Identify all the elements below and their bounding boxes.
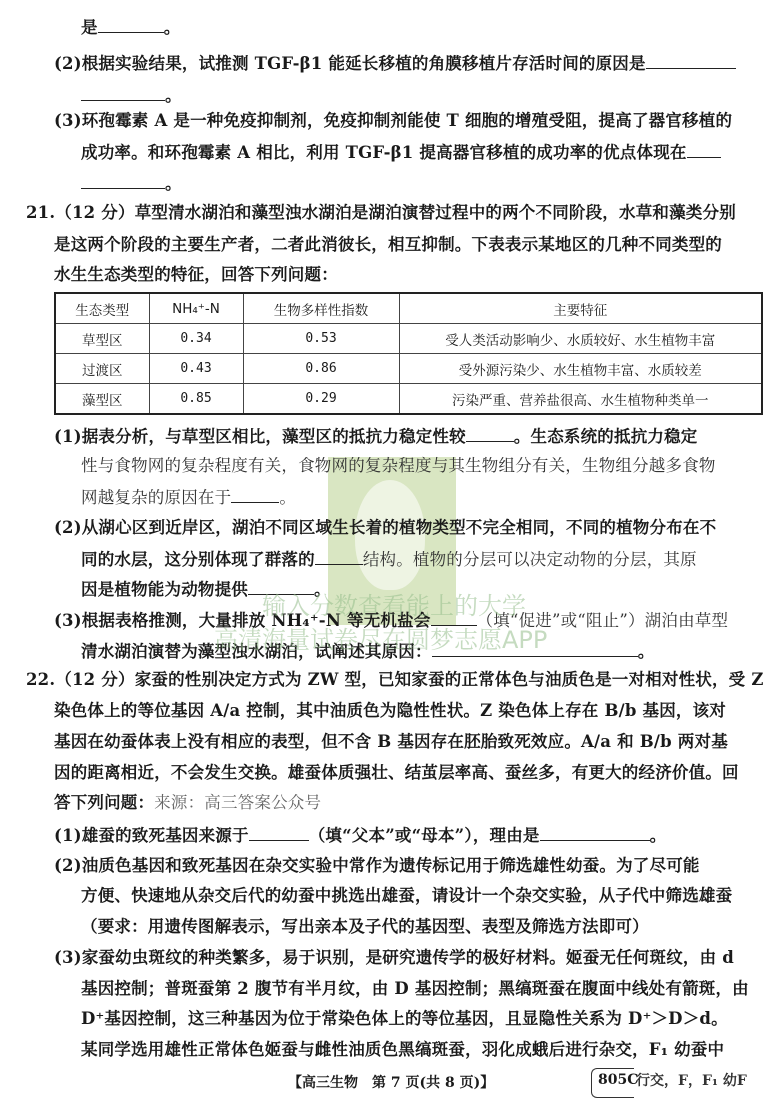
answer-blank[interactable] xyxy=(98,16,164,33)
text: 同的水层，这分别体现了群落的 xyxy=(81,550,315,569)
table-row: 藻型区 0.85 0.29 污染严重、营养盐很高、水生植物种类单一 xyxy=(55,384,762,415)
text: 。 xyxy=(165,86,182,105)
table-cell: 0.43 xyxy=(149,354,243,384)
answer-blank[interactable] xyxy=(646,52,736,69)
q22-intro-5: 答下列问题：来源：高三答案公众号 xyxy=(54,793,321,813)
q22-3c: D⁺基因控制，这三种基因为位于常染色体上的等位基因，且显隐性关系为 D⁺＞D＞d… xyxy=(81,1009,728,1029)
footer-bleed-text: 行交，F，F₁ 幼F xyxy=(636,1070,747,1090)
table-cell: 0.29 xyxy=(243,384,399,415)
answer-blank[interactable] xyxy=(249,824,309,841)
table-cell: 0.85 xyxy=(149,384,243,415)
q22-2c: （要求：用遗传图解表示，写出亲本及子代的基因型、表型及筛选方法即可） xyxy=(81,917,649,937)
text: 。 xyxy=(650,826,667,845)
text: (1)雄蚕的致死基因来源于 xyxy=(54,826,249,845)
exam-page: 是。 (2)根据实验结果，试推测 TGF-β1 能延长移植的角膜移植片存活时间的… xyxy=(0,0,781,1110)
answer-blank[interactable] xyxy=(540,824,650,841)
answer-blank[interactable] xyxy=(231,486,279,503)
q22-2a: (2)油质色基因和致死基因在杂交实验中常作为遗传标记用于筛选雄性幼蚕。为了尽可能 xyxy=(54,856,700,876)
table-cell: 过渡区 xyxy=(55,354,149,384)
q20-2-cont: 。 xyxy=(81,84,182,106)
q22-3b: 基因控制；普斑蚕第 2 腹节有半月纹，由 D 基因控制；黑缟斑蚕在腹面中线处有箭… xyxy=(81,979,749,999)
text: 。 xyxy=(164,18,181,37)
q20-2: (2)根据实验结果，试推测 TGF-β1 能延长移植的角膜移植片存活时间的原因是 xyxy=(54,52,736,74)
text: (2)根据实验结果，试推测 TGF-β1 能延长移植的角膜移植片存活时间的原因是 xyxy=(54,54,646,73)
q21-2a: (2)从湖心区到近岸区，湖泊不同区域生长着的植物类型不完全相同，不同的植物分布在… xyxy=(54,518,716,538)
answer-blank[interactable] xyxy=(315,548,363,565)
text: 答下列问题： xyxy=(54,793,154,812)
q22-intro-4: 因的距离相近，不会发生交换。雄蚕体质强壮、结茧层率高、蚕丝多，有更大的经济价值。… xyxy=(54,763,739,783)
q20-3c: 。 xyxy=(81,172,182,194)
table-header: 主要特征 xyxy=(399,293,762,324)
text: 。 xyxy=(165,174,182,193)
q22-intro-3: 基因在幼蚕体表上没有相应的表型，但不含 B 基因存在胚胎致死效应。A/a 和 B… xyxy=(54,732,728,752)
table-header: 生态类型 xyxy=(55,293,149,324)
q20-3b: 成功率。和环孢霉素 A 相比，利用 TGF-β1 提高器官移植的成功率的优点体现… xyxy=(81,141,721,163)
answer-blank[interactable] xyxy=(81,84,165,101)
q21-intro-1: 21.（12 分）草型清水湖泊和藻型浊水湖泊是湖泊演替过程中的两个不同阶段，水草… xyxy=(26,203,736,223)
text: (1)据表分析，与草型区相比，藻型区的抵抗力稳定性较 xyxy=(54,427,466,446)
table-cell: 污染严重、营养盐很高、水生植物种类单一 xyxy=(399,384,762,415)
q21-2b: 同的水层，这分别体现了群落的结构。植物的分层可以决定动物的分层，其原 xyxy=(81,548,697,570)
table-header-row: 生态类型 NH₄⁺-N 生物多样性指数 主要特征 xyxy=(55,293,762,324)
q21-intro-2: 是这两个阶段的主要生产者，二者此消彼长，相互抑制。下表表示某地区的几种不同类型的 xyxy=(54,235,722,255)
watermark-text-2: 高清海量试卷尽在圆梦志愿APP xyxy=(214,620,547,655)
text: 成功率。和环孢霉素 A 相比，利用 TGF-β1 提高器官移植的成功率的优点体现… xyxy=(81,143,687,162)
source-note: 来源：高三答案公众号 xyxy=(154,793,321,812)
table-cell: 受外源污染少、水生植物丰富、水质较差 xyxy=(399,354,762,384)
table-cell: 0.53 xyxy=(243,324,399,354)
q22-1: (1)雄蚕的致死基因来源于（填“父本”或“母本”），理由是。 xyxy=(54,824,666,846)
q22-intro-2: 染色体上的等位基因 A/a 控制，其中油质色为隐性性状。Z 染色体上存在 B/b… xyxy=(54,701,726,721)
table-cell: 草型区 xyxy=(55,324,149,354)
text: 因是植物能为动物提供 xyxy=(81,580,248,599)
q22-2b: 方便、快速地从杂交后代的幼蚕中挑选出雄蚕，请设计一个杂交实验，从子代中筛选雄蚕 xyxy=(81,886,732,906)
text: 。 xyxy=(279,488,296,507)
text: 。 xyxy=(638,642,655,661)
exam-code: 805C xyxy=(598,1072,638,1088)
q21-1a: (1)据表分析，与草型区相比，藻型区的抵抗力稳定性较。生态系统的抵抗力稳定 xyxy=(54,425,698,447)
table-cell: 受人类活动影响少、水质较好、水生植物丰富 xyxy=(399,324,762,354)
q21-intro-3: 水生生态类型的特征，回答下列问题： xyxy=(54,265,338,285)
q20-1-tail: 是。 xyxy=(81,16,180,38)
q22-3d: 某同学选用雄性正常体色姬蚕与雌性油质色黑缟斑蚕，羽化成蛾后进行杂交，F₁ 幼蚕中 xyxy=(81,1040,724,1060)
q22-intro-1: 22.（12 分）家蚕的性别决定方式为 ZW 型，已知家蚕的正常体色与油质色是一… xyxy=(26,670,764,690)
table-cell: 0.34 xyxy=(149,324,243,354)
ecology-table: 生态类型 NH₄⁺-N 生物多样性指数 主要特征 草型区 0.34 0.53 受… xyxy=(54,292,763,415)
text: 网越复杂的原因在于 xyxy=(81,488,231,507)
answer-blank[interactable] xyxy=(687,141,721,158)
text: 。生态系统的抵抗力稳定 xyxy=(514,427,698,446)
table-header: NH₄⁺-N xyxy=(149,293,243,324)
q21-1b: 性与食物网的复杂程度有关，食物网的复杂程度与其生物组分有关，生物组分越多食物 xyxy=(81,456,716,476)
text: （填“父本”或“母本”），理由是 xyxy=(309,826,540,845)
text: 结构。植物的分层可以决定动物的分层，其原 xyxy=(363,550,697,569)
table-header: 生物多样性指数 xyxy=(243,293,399,324)
q22-3a: (3)家蚕幼虫斑纹的种类繁多，易于识别，是研究遗传学的极好材料。姬蚕无任何斑纹，… xyxy=(54,948,734,968)
q21-1c: 网越复杂的原因在于。 xyxy=(81,486,296,508)
text: 是 xyxy=(81,18,98,37)
table-row: 草型区 0.34 0.53 受人类活动影响少、水质较好、水生植物丰富 xyxy=(55,324,762,354)
table-row: 过渡区 0.43 0.86 受外源污染少、水生植物丰富、水质较差 xyxy=(55,354,762,384)
watermark-text-1: 输入分数查看能上的大学 xyxy=(262,586,526,621)
table-cell: 藻型区 xyxy=(55,384,149,415)
q20-3a: (3)环孢霉素 A 是一种免疫抑制剂，免疫抑制剂能使 T 细胞的增殖受阻，提高了… xyxy=(54,111,732,131)
table-cell: 0.86 xyxy=(243,354,399,384)
answer-blank[interactable] xyxy=(466,425,514,442)
answer-blank[interactable] xyxy=(81,172,165,189)
page-footer-label: 【高三生物 第 7 页(共 8 页)】 xyxy=(288,1072,494,1092)
